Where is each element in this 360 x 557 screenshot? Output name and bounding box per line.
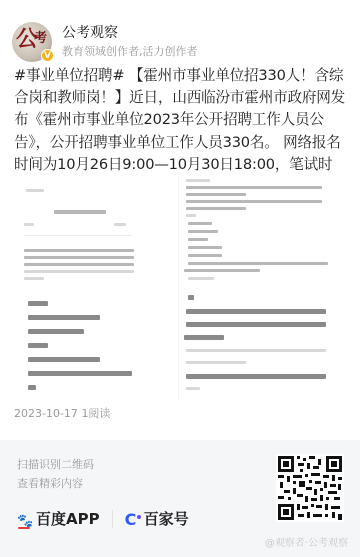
scan-hint: 扫描识别二维码 xyxy=(17,456,94,472)
avatar[interactable]: 公 考 V xyxy=(12,22,52,62)
image-grid xyxy=(14,177,346,399)
avatar-glyph: 考 xyxy=(34,32,47,45)
post-image-2[interactable] xyxy=(182,177,346,399)
view-hint: 查看精彩内容 xyxy=(17,475,83,491)
qr-code-icon xyxy=(276,454,344,522)
post-meta: 2023-10-17 1阅读 xyxy=(14,405,110,421)
read-count: 1阅读 xyxy=(81,407,110,420)
post-date: 2023-10-17 xyxy=(14,407,78,420)
brand-logos: 🐾 百度APP C 百家号 xyxy=(17,508,189,529)
author-description: 教育领域创作者,活力创作者 xyxy=(62,44,198,60)
post-image-1[interactable] xyxy=(14,177,179,399)
watermark: @观察者·公考观察 xyxy=(265,534,348,549)
author-header[interactable]: 公 考 V 公考观察 教育领域创作者,活力创作者 xyxy=(12,22,198,62)
baijiahao-logo: C 百家号 xyxy=(125,508,189,529)
share-footer: 扫描识别二维码 查看精彩内容 🐾 百度APP C 百家号 xyxy=(0,440,360,557)
baidu-app-label: 百度APP xyxy=(36,508,100,529)
verified-badge-icon: V xyxy=(41,49,54,62)
baijiahao-label: 百家号 xyxy=(144,508,189,529)
author-name[interactable]: 公考观察 xyxy=(62,24,198,42)
post-card: 公 考 V 公考观察 教育领域创作者,活力创作者 #事业单位招聘# 【霍州市事业… xyxy=(0,0,360,440)
baijiahao-c-icon: C xyxy=(125,511,139,527)
divider xyxy=(112,510,113,528)
baidu-app-logo: 🐾 百度APP xyxy=(17,508,100,529)
baidu-paw-icon: 🐾 xyxy=(17,511,31,527)
qr-code xyxy=(276,454,344,522)
